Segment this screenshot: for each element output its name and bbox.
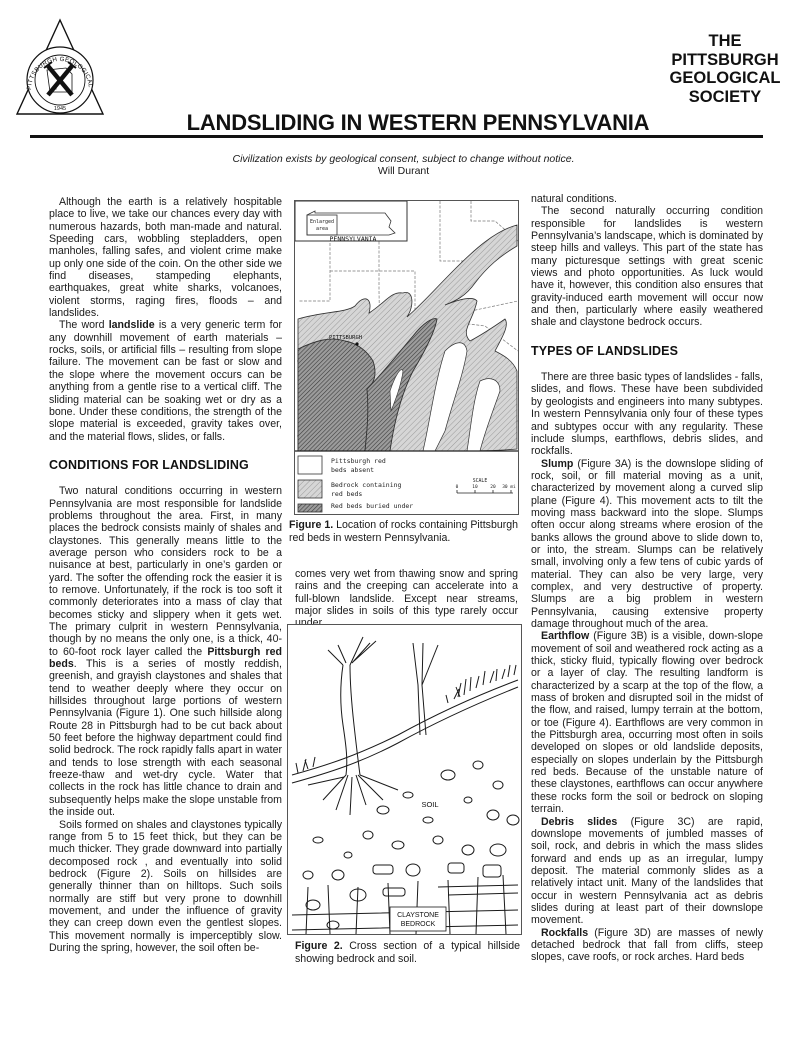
legend-label: Red beds buried under xyxy=(331,502,413,510)
figure-1-caption: Figure 1. Location of rocks containing P… xyxy=(289,519,521,544)
intro-paragraph-2: The word landslide is a very generic ter… xyxy=(49,319,282,442)
term-earthflow: Earthflow xyxy=(541,630,589,642)
term-slump: Slump xyxy=(541,458,573,470)
legend-label: red beds xyxy=(331,490,362,498)
slump-paragraph: Slump (Figure 3A) is the downslope slidi… xyxy=(531,458,763,631)
term-landslide: landslide xyxy=(109,319,155,331)
bedrock-label: BEDROCK xyxy=(401,921,436,928)
continued-paragraph: comes very wet from thawing snow and spr… xyxy=(295,568,518,630)
society-name-line: SOCIETY xyxy=(655,88,795,107)
conditions-paragraph-1: Two natural conditions occurring in west… xyxy=(49,485,282,818)
map-scale-bar: SCALE 0 10 20 30 mi xyxy=(456,478,516,493)
figure-1-map: Enlarged area PENNSYLVANIA PITTSBURGH Pi… xyxy=(294,200,519,515)
epigraph-author: Will Durant xyxy=(0,165,807,177)
text-span: is a very generic term for any downhill … xyxy=(49,319,282,442)
continued-paragraph: natural conditions. xyxy=(531,193,763,205)
society-name-line: PITTSBURGH xyxy=(655,51,795,70)
intro-paragraph-1: Although the earth is a relatively hospi… xyxy=(49,196,282,319)
legend-label: beds absent xyxy=(331,466,374,474)
map-legend: Pittsburgh red beds absent Bedrock conta… xyxy=(298,456,413,512)
earthflow-paragraph: Earthflow (Figure 3B) is a visible, down… xyxy=(531,630,763,815)
caption-label: Figure 1. xyxy=(289,519,333,531)
society-logo: PITTSBURGH GEOLOGICAL SOCIETY 1945 xyxy=(14,18,106,118)
legend-label: Bedrock containing xyxy=(331,481,402,489)
inset-label-enlarged: Enlarged xyxy=(310,219,334,225)
column-2: comes very wet from thawing snow and spr… xyxy=(295,568,518,630)
epigraph: Civilization exists by geological consen… xyxy=(0,153,807,177)
types-paragraph-1: There are three basic types of landslide… xyxy=(531,371,763,457)
figure-2-cross-section: SOIL CLAYSTONE BEDROCK xyxy=(287,624,522,935)
text-span: Two natural conditions occurring in west… xyxy=(49,485,282,657)
epigraph-quote: Civilization exists by geological consen… xyxy=(0,153,807,165)
bedrock-label: CLAYSTONE xyxy=(397,912,439,919)
city-label: PITTSBURGH xyxy=(329,335,362,341)
rockfalls-paragraph: Rockfalls (Figure 3D) are masses of newl… xyxy=(531,927,763,964)
text-span: (Figure 3B) is a visible, down-slope mov… xyxy=(531,630,763,815)
column-1: Although the earth is a relatively hospi… xyxy=(49,196,282,954)
conditions-paragraph-3: The second naturally occurring condition… xyxy=(531,205,763,328)
debris-slides-paragraph: Debris slides (Figure 3C) are rapid, dow… xyxy=(531,816,763,927)
text-span: (Figure 3A) is the downslope sliding of … xyxy=(531,458,763,630)
column-3: natural conditions. The second naturally… xyxy=(531,193,763,964)
inset-label-area: area xyxy=(316,226,328,232)
text-span: . This is a series of mostly reddish, gr… xyxy=(49,658,282,818)
legend-label: Pittsburgh red xyxy=(331,457,386,465)
pittsburgh-location-dot-icon xyxy=(355,342,358,345)
text-span: (Figure 3C) are rapid, downslope movemen… xyxy=(531,816,763,927)
seal-year: 1945 xyxy=(54,106,66,112)
text-span: The word xyxy=(59,319,109,331)
scale-tick: 0 xyxy=(456,484,459,490)
scale-tick: 30 mi xyxy=(502,484,516,490)
society-name-line: GEOLOGICAL xyxy=(655,69,795,88)
soil-label: SOIL xyxy=(421,800,438,809)
term-debris-slides: Debris slides xyxy=(541,816,617,828)
figure-2-caption: Figure 2. Cross section of a typical hil… xyxy=(295,940,520,965)
term-rockfalls: Rockfalls xyxy=(541,927,588,939)
society-name: THE PITTSBURGH GEOLOGICAL SOCIETY xyxy=(655,32,795,106)
inset-state-label: PENNSYLVANIA xyxy=(330,235,377,243)
heading-conditions: CONDITIONS FOR LANDSLIDING xyxy=(49,459,282,471)
conditions-paragraph-2: Soils formed on shales and claystones ty… xyxy=(49,819,282,955)
scale-tick: 20 xyxy=(490,484,496,490)
heading-types: TYPES OF LANDSLIDES xyxy=(531,345,763,357)
society-name-line: THE xyxy=(655,32,795,51)
document-title: LANDSLIDING IN WESTERN PENNSYLVANIA xyxy=(118,110,718,136)
title-rule-divider xyxy=(30,135,763,138)
hillside-cross-section-illustration: SOIL CLAYSTONE BEDROCK xyxy=(288,625,521,934)
geological-society-seal-icon: PITTSBURGH GEOLOGICAL SOCIETY 1945 xyxy=(14,18,106,118)
red-beds-map-illustration: Enlarged area PENNSYLVANIA PITTSBURGH Pi… xyxy=(295,201,518,514)
scale-tick: 10 xyxy=(472,484,478,490)
scale-title: SCALE xyxy=(473,478,488,484)
caption-label: Figure 2. xyxy=(295,940,343,952)
